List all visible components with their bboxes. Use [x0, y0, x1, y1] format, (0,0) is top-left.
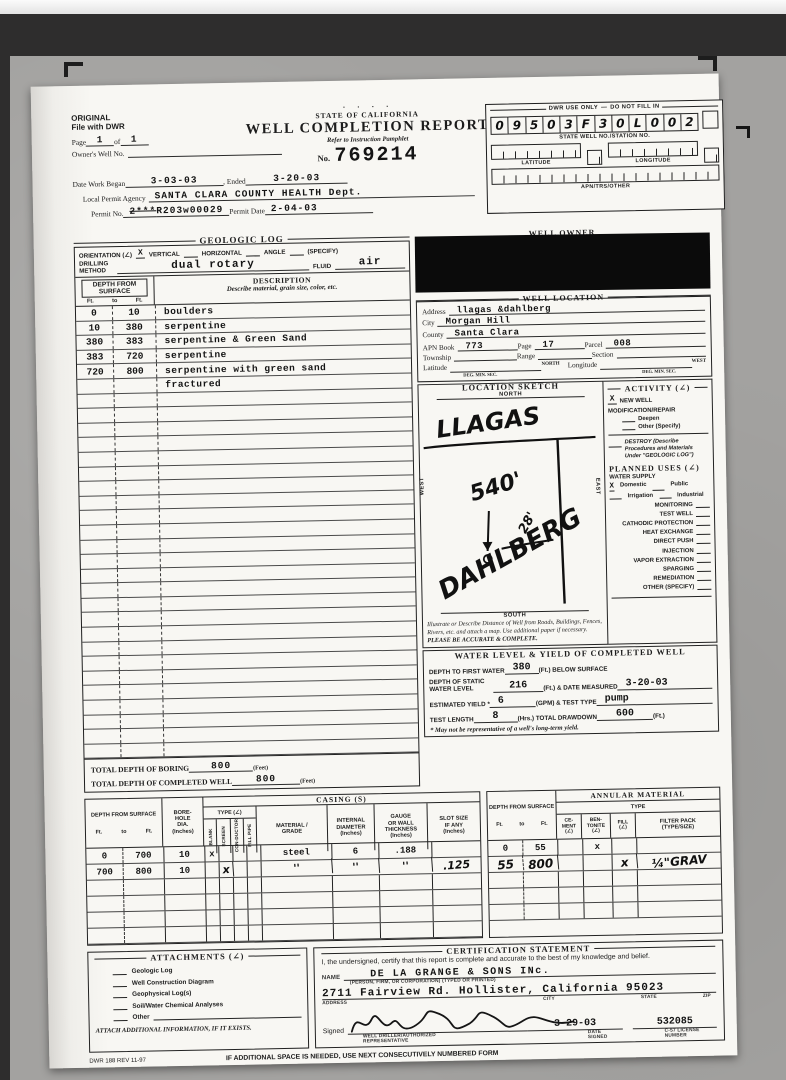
geologic-depth-to: 383 [113, 335, 156, 349]
geologic-depth-to [117, 524, 160, 538]
casing-cell [248, 894, 262, 909]
yield-value: 6 [490, 695, 536, 708]
geologic-depth-to [118, 597, 161, 611]
water-level-section: WATER LEVEL & YIELD OF COMPLETED WELL DE… [423, 644, 720, 737]
sketch-caption-bold: PLEASE BE ACCURATE & COMPLETE. [427, 635, 537, 644]
state-well-digit-cell: L [629, 115, 647, 131]
geologic-depth-to [119, 641, 162, 655]
geologic-depth-to [117, 539, 160, 553]
attachment-item: Geophysical Log(s) [113, 988, 301, 999]
annular-cell [638, 901, 721, 918]
license-number-value: 532085 [657, 1017, 693, 1029]
annular-cell [613, 903, 638, 918]
geologic-description [161, 584, 415, 589]
annular-cell [559, 888, 584, 903]
casing-cell: 700 [87, 864, 124, 880]
geologic-description [164, 701, 418, 706]
geologic-description [159, 482, 413, 487]
geologic-description [159, 453, 413, 458]
filter-pack-header: FILTER PACK (TYPE/SIZE) [636, 812, 720, 838]
geologic-depth-to [121, 714, 164, 728]
feet-label: (Feet) [300, 779, 315, 785]
casing-cell: 6 [332, 844, 379, 860]
ft-label: Ft. [136, 298, 143, 304]
activity-item-label: DIRECT PUSH [654, 538, 694, 545]
annular-cell [612, 839, 637, 854]
geologic-description [158, 424, 412, 429]
static-level-value: 216 [493, 680, 543, 693]
geologic-depth-from [82, 642, 119, 656]
annular-rows: 055x55800x¼"GRAV [488, 837, 721, 921]
total-boring-label: TOTAL DEPTH OF BORING [91, 764, 190, 775]
geologic-description [162, 643, 416, 648]
permit-no-struck: 2*** [123, 205, 156, 218]
state-well-digit-cell: 5 [526, 117, 544, 133]
file-with-label: File with DWR [71, 120, 241, 132]
sketch-east-label: EAST [594, 478, 600, 495]
casing-cell [234, 894, 248, 909]
attachments-section: ATTACHMENTS (∠) Geologic LogWell Constru… [87, 948, 309, 1053]
geologic-depth-to [116, 451, 159, 465]
new-well-mark: X [608, 395, 617, 405]
annular-cell [584, 887, 613, 903]
parcel-label: Parcel [585, 340, 603, 348]
activity-item-label: INJECTION [662, 548, 694, 555]
activity-item-label: CATHODIC PROTECTION [622, 520, 693, 527]
ended-label: , Ended [223, 177, 246, 186]
attachments-title: ATTACHMENTS (∠) [150, 951, 244, 963]
sketch-distance-label: 540' [467, 468, 525, 507]
geologic-description [160, 512, 414, 517]
casing-cell [219, 846, 233, 861]
sketch-caption: Illustrate or Describe Distance of Well … [427, 618, 602, 636]
other-specify-label: Other (Specify) [638, 424, 680, 431]
geologic-depth-from [82, 613, 119, 627]
casing-cell [87, 896, 124, 912]
geologic-depth-to: 380 [113, 320, 156, 334]
geologic-depth-to [120, 656, 163, 670]
drawdown-value: 600 [597, 708, 653, 721]
drilling-method-label: DRILLING METHOD [79, 261, 113, 275]
activity-item: CATHODIC PROTECTION [610, 520, 710, 528]
ft-label: Ft. [87, 299, 94, 305]
yield-label: ESTIMATED YIELD * [430, 701, 490, 709]
geologic-depth-from: 0 [76, 306, 113, 320]
irrigation-label: Irrigation [628, 493, 654, 499]
casing-cell: 700 [123, 848, 164, 864]
geologic-depth-from [78, 437, 115, 451]
casing-cell [234, 878, 248, 893]
annular-cell [559, 856, 584, 871]
fill-header: FILL (∠) [611, 814, 636, 838]
township-blank [454, 359, 517, 361]
destroy-label: DESTROY (Describe Procedures and Materia… [625, 438, 709, 460]
annular-cell [489, 889, 524, 905]
geologic-depth-to [115, 437, 158, 451]
registration-mark-icon [698, 56, 717, 71]
location-sketch: LOCATION SKETCH NORTH WEST EAST LLAGAS 5… [417, 381, 608, 648]
casing-cell [207, 927, 221, 942]
geologic-description [160, 526, 414, 531]
attachment-check-line [113, 986, 127, 987]
attachments-footer: ATTACH ADDITIONAL INFORMATION, IF IT EXI… [96, 1024, 302, 1035]
annular-cell [638, 869, 721, 886]
casing-cell [235, 926, 249, 941]
casing-cell [206, 911, 220, 926]
type-header: TYPE (∠) [204, 807, 256, 820]
geologic-description [162, 628, 416, 633]
geologic-depth-to [116, 480, 159, 494]
attachment-item: Geologic Log [113, 965, 301, 976]
redaction-box [415, 232, 711, 292]
annular-cell: 800 [523, 855, 559, 873]
scanned-form-page: ORIGINAL File with DWR Page 1 of 1 Owner… [31, 73, 738, 1068]
casing-cell [88, 912, 125, 928]
casing-cell [220, 878, 234, 893]
geologic-depth-from [80, 540, 117, 554]
state-well-digit-cell: 0 [647, 115, 665, 131]
geologic-depth-to: 800 [114, 364, 157, 378]
zip-sublabel: ZIP [703, 994, 711, 999]
test-length-value: 8 [473, 710, 517, 723]
state-well-digit-cell: 0 [491, 118, 509, 134]
longitude-label: LONGITUDE [608, 157, 698, 165]
longitude-cells [608, 141, 698, 158]
range-blank [538, 358, 592, 360]
casing-cell [125, 928, 166, 944]
planned-uses-title: PLANNED USES (∠) [609, 462, 709, 474]
geologic-depth-from: 10 [76, 321, 113, 335]
casing-cell [248, 878, 262, 893]
annular-cell: x [612, 854, 638, 871]
geologic-depth-from [80, 496, 117, 510]
casing-cell: x [219, 862, 234, 878]
test-length-label: TEST LENGTH [430, 716, 474, 724]
state-well-digit-cell: 0 [612, 115, 630, 131]
permit-no-label: Permit No. [91, 209, 124, 219]
apn-book-value: 773 [457, 340, 517, 351]
casing-cell [248, 862, 262, 877]
geologic-description [164, 745, 418, 750]
casing-cell [220, 894, 234, 909]
date-ended-value: 3-20-03 [246, 172, 348, 186]
geologic-log-title: GEOLOGIC LOG [199, 234, 283, 246]
industrial-label: Industrial [677, 492, 704, 499]
casing-cell: '' [332, 858, 380, 876]
casing-cell [206, 863, 220, 878]
casing-cell [125, 912, 166, 928]
geologic-depth-to: 720 [114, 349, 157, 363]
activity-item: TEST WELL [610, 511, 710, 519]
geologic-description [162, 599, 416, 604]
orientation-vertical-mark: X [136, 249, 145, 259]
casing-cell [334, 924, 381, 940]
signature [348, 1002, 579, 1040]
geologic-depth-from [84, 729, 121, 743]
casing-cell [333, 908, 380, 924]
casing-cell [234, 910, 248, 925]
geologic-depth-to [116, 466, 159, 480]
casing-cell [433, 890, 481, 906]
annular-cell [489, 905, 524, 921]
casing-cell [262, 892, 333, 908]
casing-cell [380, 907, 433, 923]
borehole-header: BORE- HOLE DIA. (Inches) [162, 798, 204, 847]
west-label: WEST [692, 359, 707, 364]
date-measured-value: 3-20-03 [618, 676, 713, 690]
casing-cell [380, 891, 433, 907]
north-label: NORTH [541, 362, 559, 367]
total-completed-label: TOTAL DEPTH OF COMPLETED WELL [91, 777, 232, 789]
to-label: to [112, 298, 117, 304]
geologic-description [164, 716, 418, 721]
state-well-digit-cell: 3 [595, 116, 613, 132]
geologic-depth-from [84, 744, 121, 758]
casing-cell [249, 926, 263, 941]
geologic-description [161, 570, 415, 575]
activity-item-line [696, 525, 710, 526]
geologic-depth-from: 720 [77, 365, 114, 379]
latitude-cells [491, 143, 581, 160]
bentonite-header: BEN- TONITE (∠) [582, 814, 611, 839]
geologic-depth-from [80, 510, 117, 524]
activity-item-label: OTHER (SPECIFY) [643, 584, 694, 591]
geologic-depth-to [121, 743, 164, 757]
geologic-depth-to [118, 553, 161, 567]
casing-cell [433, 874, 481, 890]
attachment-check-line [114, 1020, 128, 1021]
activity-items: MONITORINGTEST WELLCATHODIC PROTECTIONHE… [610, 501, 712, 592]
geologic-description [163, 672, 417, 677]
fluid-label: FLUID [313, 263, 331, 270]
report-number: 769214 [334, 143, 418, 168]
deg-min-sec-label: DEG. MIN. SEC. [642, 369, 676, 375]
casing-type-column-label: BLANK [208, 828, 213, 845]
activity-item-line [697, 552, 711, 553]
attachment-item: Other [113, 1011, 301, 1022]
activity-item-line [697, 589, 711, 590]
geologic-depth-from [81, 569, 118, 583]
annular-row [489, 901, 721, 921]
attachment-label: Geophysical Log(s) [132, 990, 191, 998]
activity-item-label: TEST WELL [660, 511, 693, 518]
geologic-depth-from [81, 598, 118, 612]
vertical-label: VERTICAL [149, 251, 180, 259]
test-type-label: (GPM) & TEST TYPE [536, 699, 597, 707]
state-sublabel: STATE [641, 995, 657, 1000]
divider [608, 433, 708, 436]
geologic-depth-to [119, 612, 162, 626]
new-well-label: NEW WELL [620, 398, 653, 405]
state-well-extra-cell [702, 110, 718, 128]
casing-cell [165, 911, 206, 927]
no-label: No. [317, 153, 330, 163]
ft-label: (Ft.) [653, 712, 665, 719]
form-code: DWR 188 REV 11-97 [89, 1058, 146, 1065]
attachment-check-line [113, 974, 127, 975]
state-well-digit-cell: 0 [664, 114, 682, 130]
divider [612, 596, 712, 599]
geologic-depth-to [121, 728, 164, 742]
drilling-method-value: dual rotary [117, 257, 309, 274]
annular-cell: x [583, 839, 612, 855]
geologic-depth-from [78, 408, 115, 422]
geologic-description [161, 555, 415, 560]
geologic-depth-from [78, 394, 115, 408]
casing-cell: .188 [379, 843, 432, 859]
casing-type-column-label: SCREEN [221, 826, 226, 846]
annular-depth-header: DEPTH FROM SURFACE [489, 804, 554, 812]
activity-item-line [697, 543, 711, 544]
hand-drawn-sketch: LLAGAS 540' 28' DAHLBERG [419, 397, 603, 608]
annular-cell [613, 887, 638, 902]
geologic-description [163, 657, 417, 662]
test-type-value: pump [597, 691, 713, 705]
permit-date-label: Permit Date [229, 206, 265, 216]
activity-item: MONITORING [610, 501, 710, 509]
longitude-extra-cell [704, 147, 719, 162]
depth-from-surface-header: DEPTH FROM SURFACE [81, 278, 147, 297]
geologic-depth-from [79, 481, 116, 495]
water-supply-label: WATER SUPPLY [609, 473, 709, 481]
geologic-depth-to [120, 699, 163, 713]
casing-depth-header: DEPTH FROM SURFACE [91, 812, 156, 820]
casing-type-column-label: FILL PIPE [247, 824, 252, 847]
modification-label: MODIFICATION/REPAIR [608, 407, 708, 415]
casing-table: DEPTH FROM SURFACE Ft.toFt. BORE- HOLE D… [84, 792, 483, 947]
state-well-digit-cell: 2 [681, 114, 698, 130]
sketch-road-label: LLAGAS [434, 402, 542, 444]
water-footnote: * May not be representative of a well's … [430, 721, 713, 733]
specify-label: (SPECIFY) [307, 248, 338, 256]
registration-mark-icon [736, 126, 750, 138]
geologic-depth-to [118, 568, 161, 582]
casing-cell: 0 [86, 848, 123, 864]
casing-cell [248, 910, 262, 925]
annular-cell [489, 873, 524, 889]
attachment-label: Soil/Water Chemical Analyses [132, 1001, 223, 1010]
geologic-depth-from [84, 715, 121, 729]
city-label: City [422, 319, 435, 327]
longitude-label: Longitude [568, 361, 598, 370]
attachment-check-line [113, 997, 127, 998]
activity-item-line [697, 571, 711, 572]
geologic-depth-from [83, 671, 120, 685]
blank-line [290, 254, 304, 255]
attachment-label: Other [132, 1014, 149, 1021]
annular-cell [638, 885, 721, 902]
casing-cell [124, 896, 165, 912]
geologic-log-rows: 010boulders10380serpentine380383serpenti… [76, 299, 419, 759]
geologic-depth-from: 383 [77, 350, 114, 364]
activity-item-line [696, 516, 710, 517]
casing-cell [166, 927, 207, 943]
geologic-description [164, 730, 418, 735]
casing-cell [432, 842, 480, 858]
township-label: Township [423, 354, 451, 363]
page-number: 1 [86, 134, 114, 147]
state-well-digit-cell: 3 [560, 116, 578, 132]
total-completed-value: 800 [232, 773, 300, 786]
geologic-depth-to [115, 393, 158, 407]
activity-item-line [697, 561, 711, 562]
domestic-label: Domestic [620, 482, 647, 492]
casing-cell [263, 924, 334, 940]
below-surface-label: (Ft.) BELOW SURFACE [539, 665, 608, 673]
annular-cell [613, 871, 638, 886]
form-header: ORIGINAL File with DWR Page 1 of 1 Owner… [71, 96, 709, 236]
casing-cell: '' [379, 857, 433, 876]
annular-cell [524, 888, 559, 904]
public-label: Public [670, 482, 688, 491]
drawdown-label: (Hrs.) TOTAL DRAWDOWN [518, 714, 598, 723]
permit-date-value: 2-04-03 [265, 201, 373, 215]
casing-cell [262, 908, 333, 924]
geologic-depth-to [120, 685, 163, 699]
geologic-depth-from [83, 656, 120, 670]
divider [288, 236, 410, 239]
parcel-value: 008 [605, 336, 705, 348]
page-label: Page [72, 138, 87, 147]
casing-cell: 800 [124, 864, 165, 880]
divider [490, 108, 546, 110]
state-well-digit-cell: F [578, 116, 596, 132]
annular-cell [524, 904, 559, 920]
page-total: 1 [120, 133, 148, 146]
geologic-description [160, 497, 414, 502]
name-label: NAME [322, 975, 341, 981]
annular-cell [559, 904, 584, 919]
dwr-use-only-box: DWR USE ONLY — DO NOT FILL IN 09503F30L0… [485, 99, 725, 214]
casing-cell [333, 876, 380, 892]
geologic-depth-to [114, 378, 157, 392]
casing-rows: 070010xsteel6.18870080010x''''''.125 [86, 842, 482, 946]
activity-title: ACTIVITY (∠) [625, 382, 691, 393]
annular-cell [559, 872, 584, 887]
annular-table: DEPTH FROM SURFACE Ft.toFt. ANNULAR MATE… [486, 787, 723, 938]
casing-cell [434, 922, 482, 938]
section-label: Section [592, 351, 614, 359]
county-label: County [422, 331, 443, 339]
geologic-depth-from [79, 452, 116, 466]
activity-item: OTHER (SPECIFY) [611, 584, 711, 592]
casing-cell [221, 926, 235, 941]
casing-cell [247, 846, 261, 861]
attachment-label: Well Construction Diagram [132, 978, 214, 987]
blank-line [246, 255, 260, 256]
annular-cell [584, 871, 613, 887]
geologic-depth-to [120, 670, 163, 684]
geologic-depth-to [117, 510, 160, 524]
casing-cell [381, 923, 434, 939]
geologic-depth-from [83, 700, 120, 714]
activity-item-line [697, 580, 711, 581]
casing-cell [333, 892, 380, 908]
activity-item-label: HEAT EXCHANGE [643, 529, 694, 536]
static-level-label: DEPTH OF STATIC WATER LEVEL [429, 678, 493, 694]
deepen-label: Deepen [638, 416, 659, 422]
geologic-depth-to [115, 422, 158, 436]
section-blank [616, 356, 705, 359]
activity-item: HEAT EXCHANGE [610, 529, 710, 537]
well-location-title: WELL LOCATION [522, 293, 604, 304]
geologic-description [158, 395, 412, 400]
activity-item: VAPOR EXTRACTION [611, 556, 711, 564]
permit-agency-label: Local Permit Agency [83, 194, 146, 204]
activity-item: SPARGING [611, 566, 711, 574]
total-boring-value: 800 [189, 760, 253, 773]
apn-page-value: 17 [534, 339, 584, 350]
